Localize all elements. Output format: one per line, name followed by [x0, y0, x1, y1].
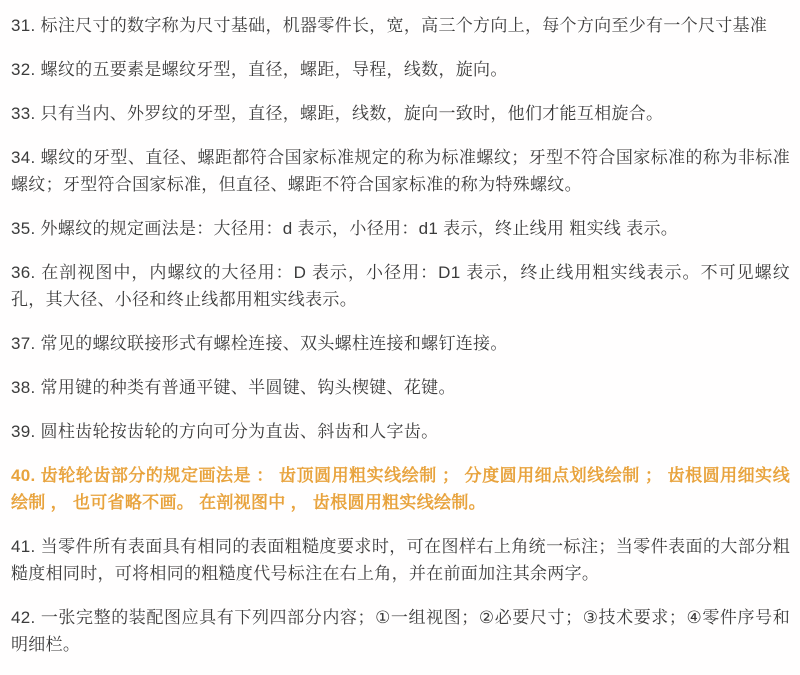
note-number: 40.	[11, 466, 36, 485]
note-item-40-highlighted: 40.齿轮轮齿部分的规定画法是 ： 齿顶圆用粗实线绘制 ； 分度圆用细点划线绘制…	[11, 462, 790, 516]
note-item-33: 33.只有当内、外罗纹的牙型，直径，螺距，线数，旋向一致时，他们才能互相旋合。	[11, 100, 790, 127]
note-text: 螺纹的五要素是螺纹牙型，直径，螺距，导程，线数，旋向。	[41, 60, 508, 79]
notes-document: 31.标注尺寸的数字称为尺寸基础，机器零件长，宽，高三个方向上，每个方向至少有一…	[0, 0, 800, 675]
note-number: 39.	[11, 422, 36, 441]
note-item-41: 41.当零件所有表面具有相同的表面粗糙度要求时，可在图样右上角统一标注；当零件表…	[11, 533, 790, 587]
note-text: 齿轮轮齿部分的规定画法是 ： 齿顶圆用粗实线绘制 ； 分度圆用细点划线绘制 ； …	[11, 466, 790, 512]
note-number: 31.	[11, 16, 36, 35]
note-number: 32.	[11, 60, 36, 79]
note-item-32: 32.螺纹的五要素是螺纹牙型，直径，螺距，导程，线数，旋向。	[11, 56, 790, 83]
note-item-39: 39.圆柱齿轮按齿轮的方向可分为直齿、斜齿和人字齿。	[11, 418, 790, 445]
note-text: 外螺纹的规定画法是：大径用：d 表示，小径用：d1 表示，终止线用 粗实线 表示…	[41, 219, 679, 238]
note-item-38: 38.常用键的种类有普通平键、半圆键、钩头楔键、花键。	[11, 374, 790, 401]
note-item-42: 42.一张完整的装配图应具有下列四部分内容；①一组视图；②必要尺寸；③技术要求；…	[11, 604, 790, 658]
note-text: 常用键的种类有普通平键、半圆键、钩头楔键、花键。	[41, 378, 456, 397]
note-text: 常见的螺纹联接形式有螺栓连接、双头螺柱连接和螺钉连接。	[41, 334, 508, 353]
note-item-34: 34.螺纹的牙型、直径、螺距都符合国家标准规定的称为标准螺纹；牙型不符合国家标准…	[11, 144, 790, 198]
note-text: 在剖视图中，内螺纹的大径用：D 表示，小径用：D1 表示，终止线用粗实线表示。不…	[11, 263, 790, 309]
note-text: 螺纹的牙型、直径、螺距都符合国家标准规定的称为标准螺纹；牙型不符合国家标准的称为…	[11, 148, 790, 194]
note-number: 38.	[11, 378, 36, 397]
note-number: 37.	[11, 334, 36, 353]
note-number: 34.	[11, 148, 36, 167]
note-number: 33.	[11, 104, 36, 123]
note-text: 只有当内、外罗纹的牙型，直径，螺距，线数，旋向一致时，他们才能互相旋合。	[41, 104, 664, 123]
note-number: 42.	[11, 608, 36, 627]
note-item-35: 35.外螺纹的规定画法是：大径用：d 表示，小径用：d1 表示，终止线用 粗实线…	[11, 215, 790, 242]
note-number: 35.	[11, 219, 36, 238]
note-text: 圆柱齿轮按齿轮的方向可分为直齿、斜齿和人字齿。	[41, 422, 439, 441]
note-text: 当零件所有表面具有相同的表面粗糙度要求时，可在图样右上角统一标注；当零件表面的大…	[11, 537, 790, 583]
note-text: 一张完整的装配图应具有下列四部分内容；①一组视图；②必要尺寸；③技术要求；④零件…	[11, 608, 790, 654]
note-text: 标注尺寸的数字称为尺寸基础，机器零件长，宽，高三个方向上，每个方向至少有一个尺寸…	[41, 16, 768, 35]
note-item-36: 36.在剖视图中，内螺纹的大径用：D 表示，小径用：D1 表示，终止线用粗实线表…	[11, 259, 790, 313]
note-item-37: 37.常见的螺纹联接形式有螺栓连接、双头螺柱连接和螺钉连接。	[11, 330, 790, 357]
note-number: 41.	[11, 537, 36, 556]
note-item-31: 31.标注尺寸的数字称为尺寸基础，机器零件长，宽，高三个方向上，每个方向至少有一…	[11, 12, 790, 39]
note-number: 36.	[11, 263, 36, 282]
